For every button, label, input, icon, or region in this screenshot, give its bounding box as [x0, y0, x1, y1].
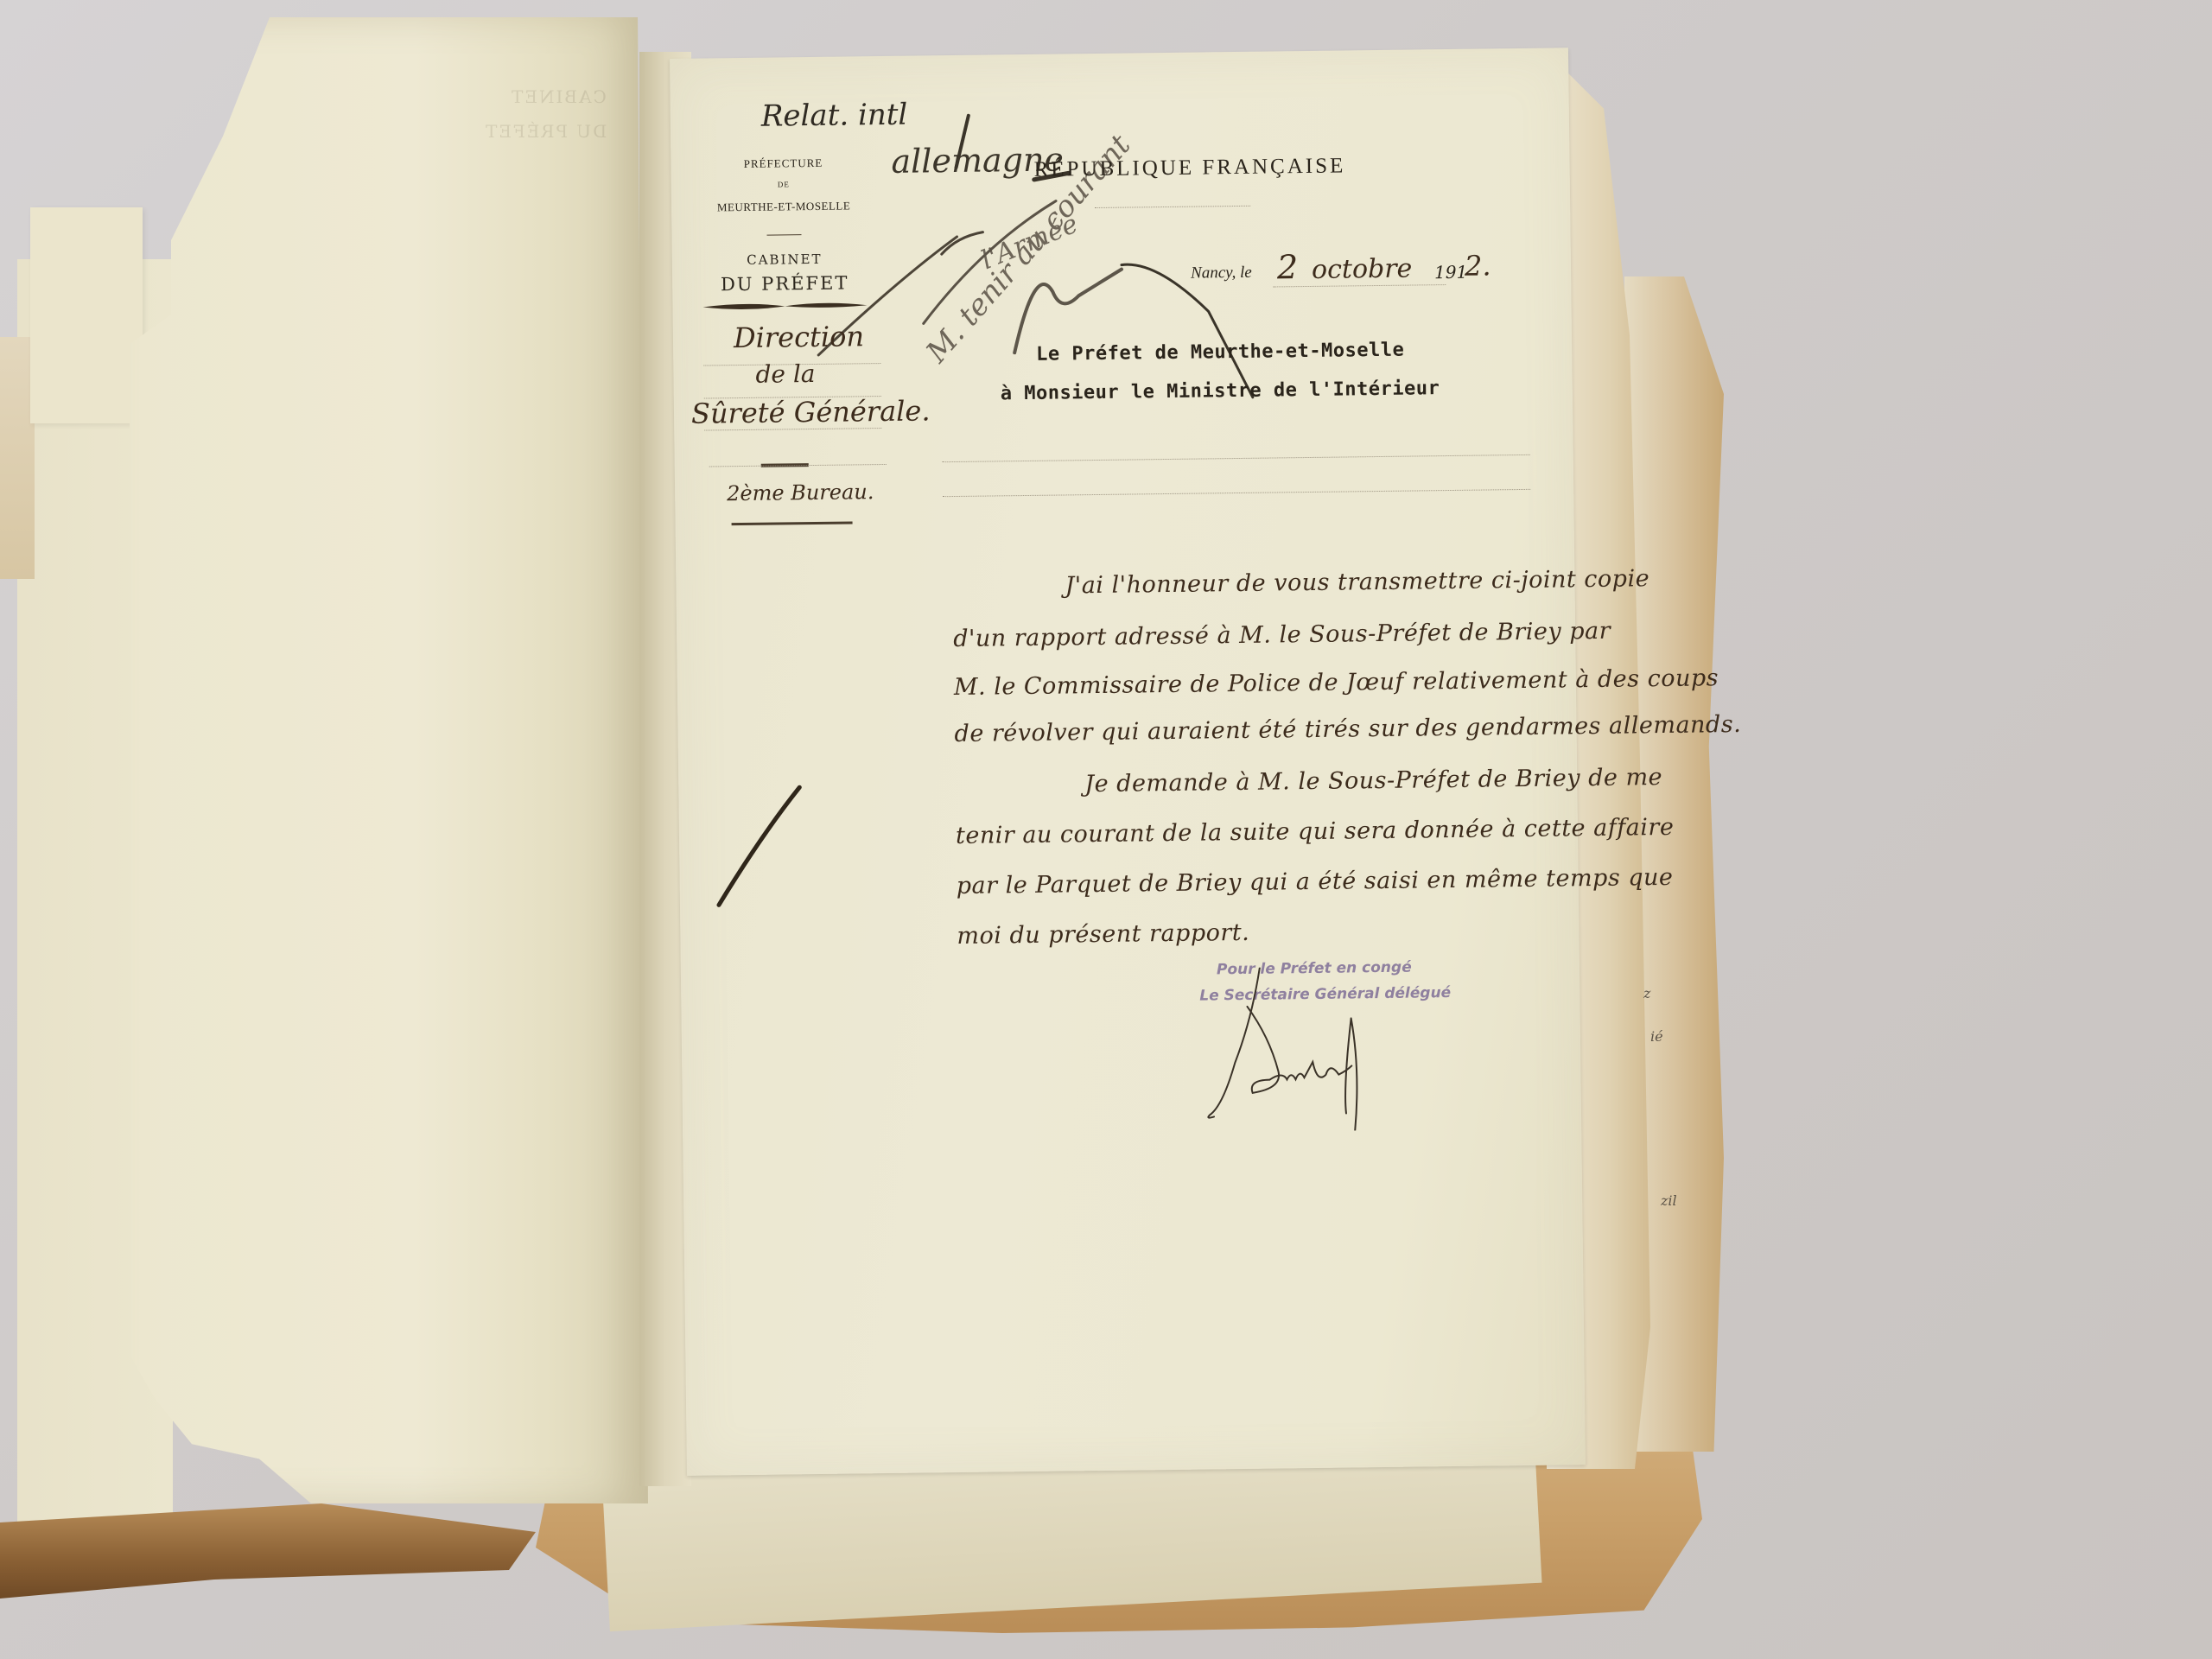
service-de-la: de la [755, 359, 815, 389]
kraft-folder-left [0, 1503, 536, 1599]
republique-francaise-heading: RÉPUBLIQUE FRANÇAISE [1033, 154, 1345, 181]
bleed-through-text: DU PRÉFET [484, 121, 607, 142]
letterhead-cabinet: CABINET [698, 251, 871, 268]
left-facing-page[interactable] [130, 17, 648, 1503]
pencil-strokes [670, 48, 1580, 1009]
sender-line: Le Préfet de Meurthe-et-Moselle [1036, 340, 1404, 365]
body-line-8: moi du présent rapport. [957, 919, 1249, 950]
underlying-folder-edge [0, 337, 35, 579]
service-surete-generale: Sûreté Générale. [691, 394, 931, 429]
margin-fragment: ié [1650, 1028, 1663, 1045]
letterhead-du-prefet: DU PRÉFET [690, 272, 880, 296]
place-label: Nancy, le [1191, 264, 1252, 283]
date-day: 2 [1277, 248, 1299, 286]
service-bureau: 2ème Bureau. [727, 480, 874, 505]
margin-fragment: z [1643, 985, 1650, 1001]
service-direction: Direction [734, 320, 864, 354]
date-year-prefix: 191 [1434, 262, 1467, 283]
date-month: octobre [1312, 254, 1413, 285]
margin-fragment: zil [1661, 1192, 1677, 1209]
signature [1199, 966, 1391, 1133]
letterhead-ornament [702, 300, 867, 312]
left-page-tab [30, 207, 143, 423]
date-year-suffix: 2. [1465, 249, 1491, 282]
letter-page[interactable]: Relat. intl allemagne l'Armée M. tenir a… [670, 48, 1586, 1476]
bleed-through-text: CABINET [510, 86, 607, 107]
letterhead-department: MEURTHE-ET-MOSELLE [689, 199, 879, 215]
letterhead-prefecture: PRÉFECTURE [696, 156, 869, 171]
